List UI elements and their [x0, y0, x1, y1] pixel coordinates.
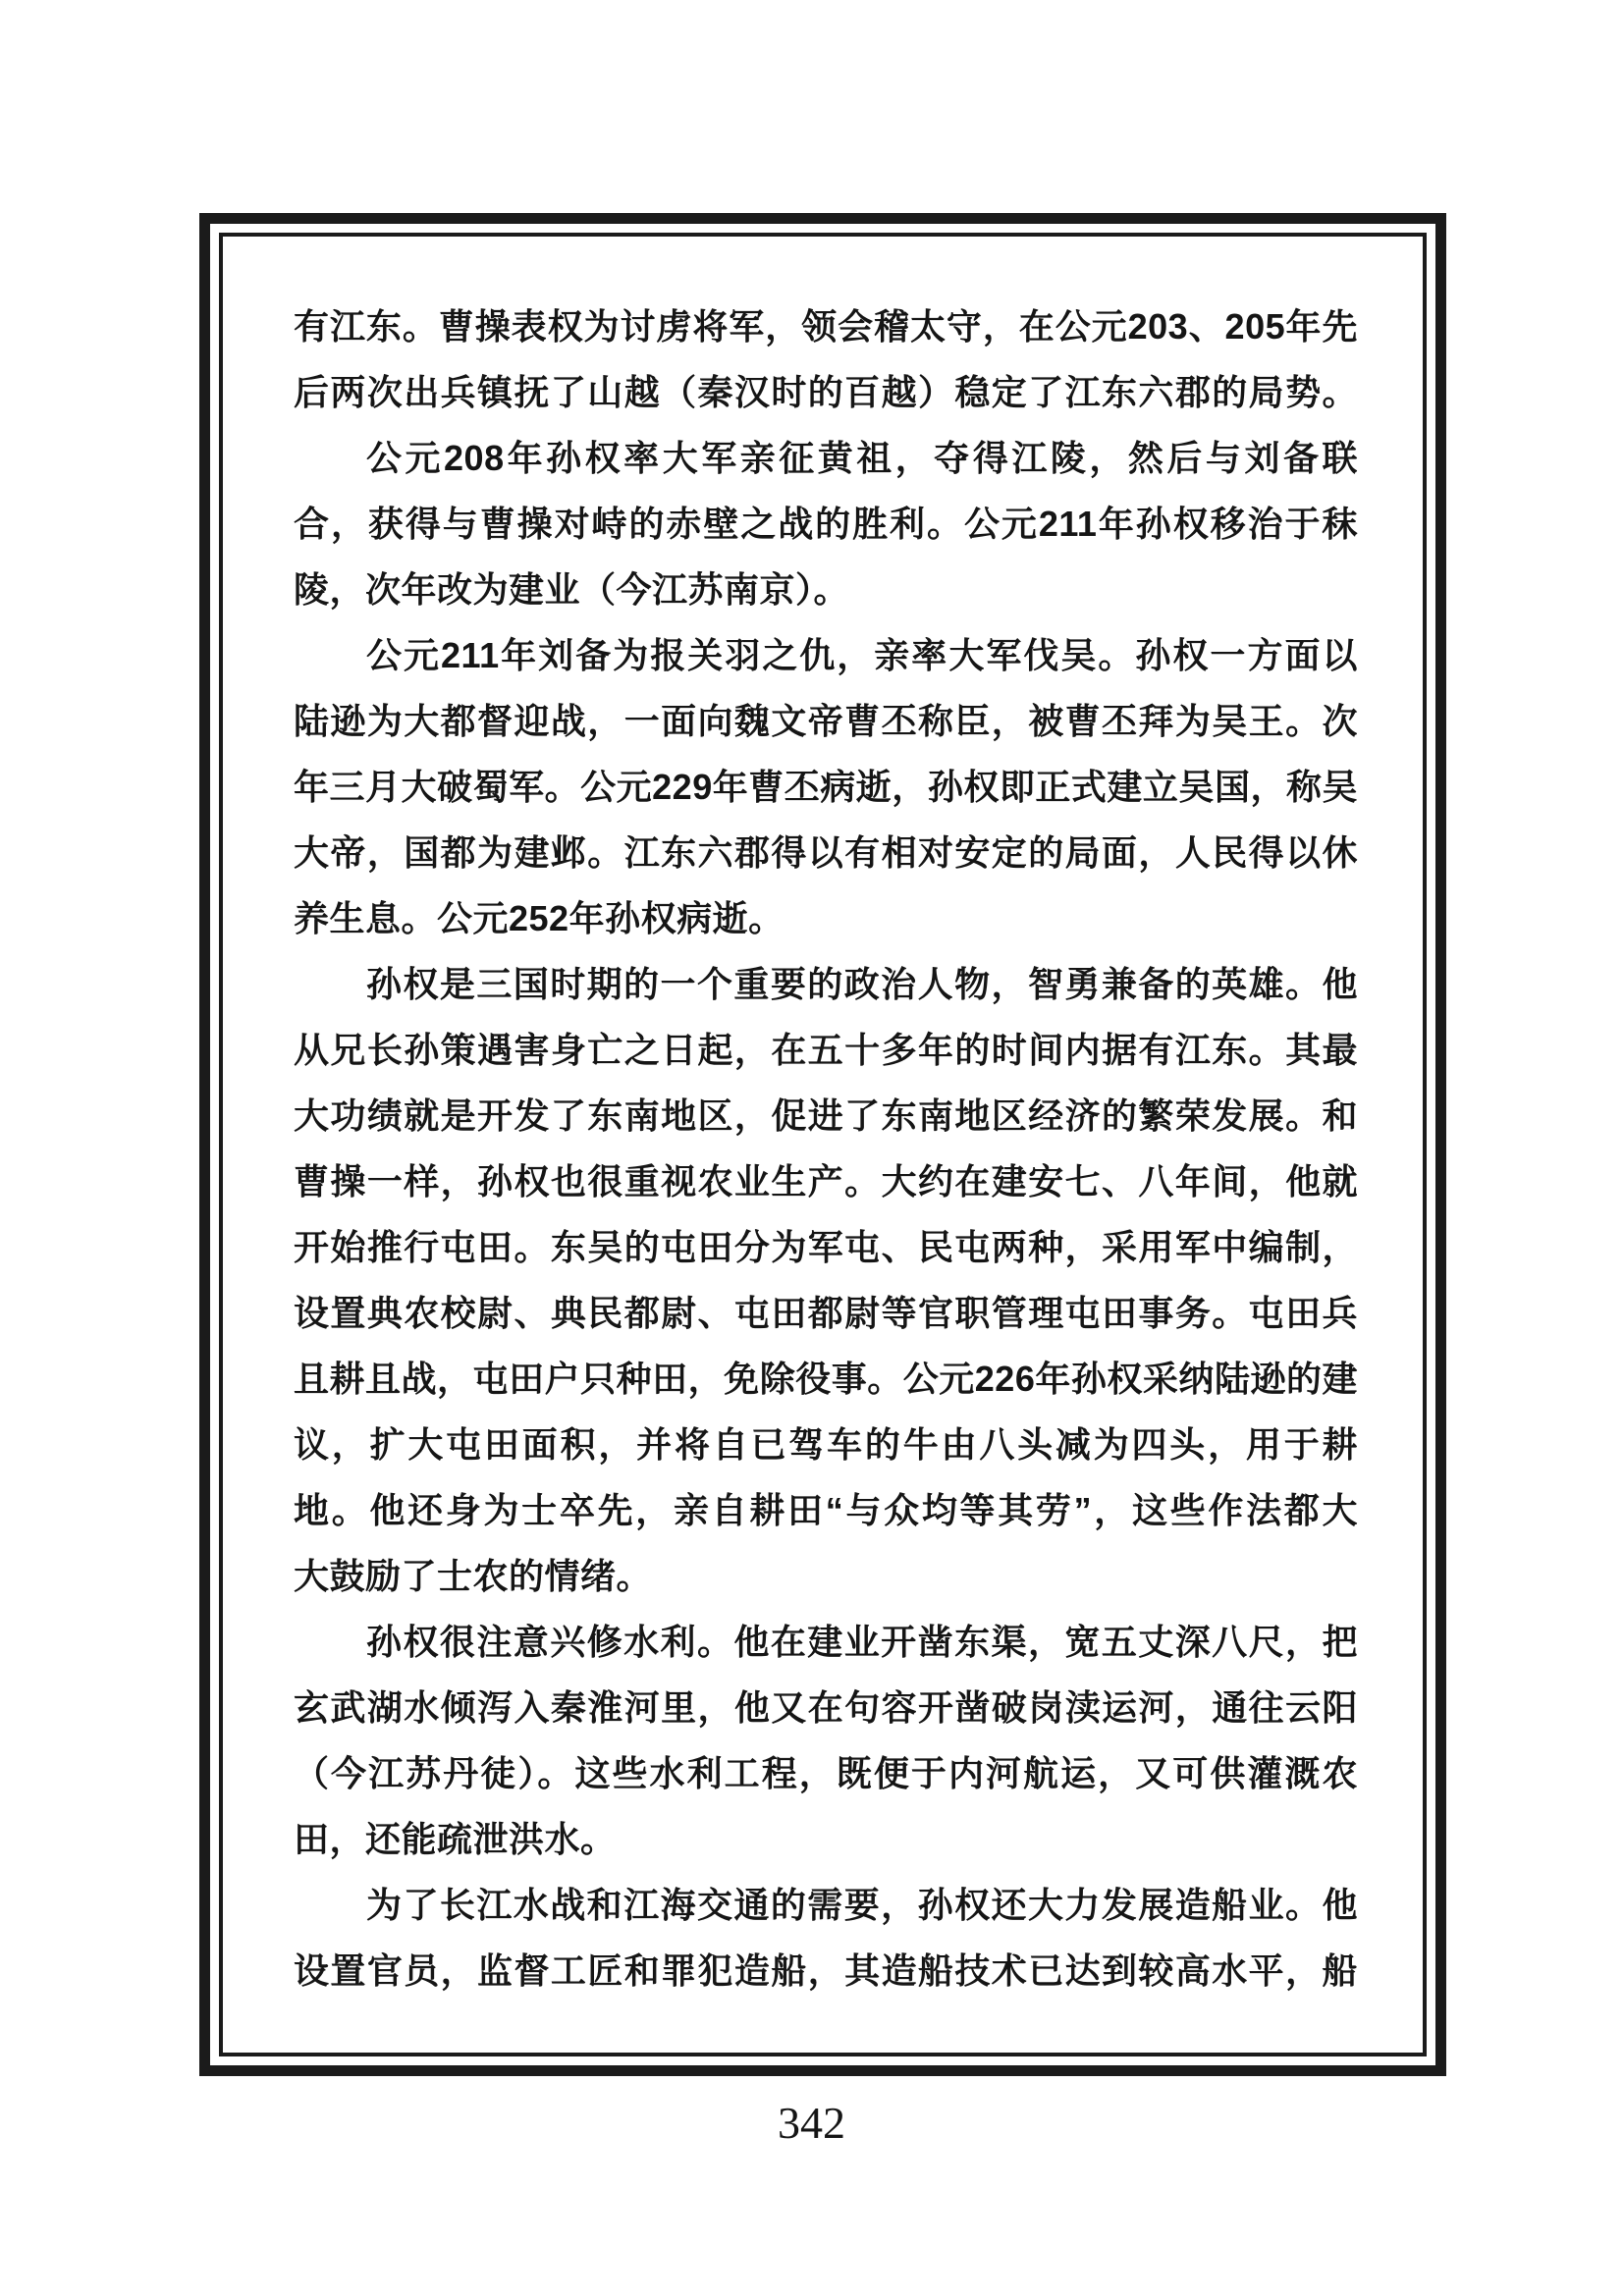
text-line: 田，还能疏泄洪水。 [294, 1806, 1358, 1872]
text-line: 公元208年孙权率大军亲征黄祖，夺得江陵，然后与刘备联 [294, 425, 1358, 491]
text-line: 曹操一样，孙权也很重视农业生产。大约在建安七、八年间，他就 [294, 1148, 1358, 1214]
text-line: 且耕且战，屯田户只种田，免除役事。公元226年孙权采纳陆逊的建 [294, 1346, 1358, 1412]
text-line: 玄武湖水倾泻入秦淮河里，他又在句容开凿破岗渎运河，通往云阳 [294, 1675, 1358, 1740]
text-line: 孙权是三国时期的一个重要的政治人物，智勇兼备的英雄。他 [294, 951, 1358, 1017]
text-line: 从兄长孙策遇害身亡之日起，在五十多年的时间内据有江东。其最 [294, 1017, 1358, 1083]
book-page: 有江东。曹操表权为讨虏将军，领会稽太守，在公元203、205年先后两次出兵镇抚了… [0, 0, 1623, 2296]
text-line: 陵，次年改为建业（今江苏南京）。 [294, 557, 1358, 622]
outer-frame: 有江东。曹操表权为讨虏将军，领会稽太守，在公元203、205年先后两次出兵镇抚了… [199, 213, 1446, 2076]
text-line: 大功绩就是开发了东南地区，促进了东南地区经济的繁荣发展。和 [294, 1083, 1358, 1148]
paragraph: 孙权是三国时期的一个重要的政治人物，智勇兼备的英雄。他从兄长孙策遇害身亡之日起，… [294, 951, 1358, 1609]
paragraph: 公元208年孙权率大军亲征黄祖，夺得江陵，然后与刘备联合，获得与曹操对峙的赤壁之… [294, 425, 1358, 622]
paragraph: 孙权很注意兴修水利。他在建业开凿东渠，宽五丈深八尺，把玄武湖水倾泻入秦淮河里，他… [294, 1609, 1358, 1872]
inner-frame: 有江东。曹操表权为讨虏将军，领会稽太守，在公元203、205年先后两次出兵镇抚了… [219, 233, 1427, 2056]
paragraph: 有江东。曹操表权为讨虏将军，领会稽太守，在公元203、205年先后两次出兵镇抚了… [294, 294, 1358, 425]
text-line: 开始推行屯田。东吴的屯田分为军屯、民屯两种，采用军中编制， [294, 1214, 1358, 1280]
text-line: 养生息。公元252年孙权病逝。 [294, 885, 1358, 951]
page-number: 342 [0, 2097, 1623, 2149]
paragraph: 公元211年刘备为报关羽之仇，亲率大军伐吴。孙权一方面以陆逊为大都督迎战，一面向… [294, 622, 1358, 951]
text-line: 为了长江水战和江海交通的需要，孙权还大力发展造船业。他 [294, 1872, 1358, 1938]
text-line: 年三月大破蜀军。公元229年曹丕病逝，孙权即正式建立吴国，称吴 [294, 754, 1358, 820]
paragraph: 为了长江水战和江海交通的需要，孙权还大力发展造船业。他设置官员，监督工匠和罪犯造… [294, 1872, 1358, 2003]
text-line: 有江东。曹操表权为讨虏将军，领会稽太守，在公元203、205年先 [294, 294, 1358, 359]
text-line: 设置典农校尉、典民都尉、屯田都尉等官职管理屯田事务。屯田兵 [294, 1280, 1358, 1346]
body-text: 有江东。曹操表权为讨虏将军，领会稽太守，在公元203、205年先后两次出兵镇抚了… [223, 237, 1423, 2053]
text-line: 地。他还身为士卒先，亲自耕田“与众均等其劳”，这些作法都大 [294, 1477, 1358, 1543]
text-line: 合，获得与曹操对峙的赤壁之战的胜利。公元211年孙权移治于秣 [294, 491, 1358, 557]
text-line: 大帝，国都为建邺。江东六郡得以有相对安定的局面，人民得以休 [294, 820, 1358, 885]
text-line: 公元211年刘备为报关羽之仇，亲率大军伐吴。孙权一方面以 [294, 622, 1358, 688]
text-line: 陆逊为大都督迎战，一面向魏文帝曹丕称臣，被曹丕拜为吴王。次 [294, 688, 1358, 754]
text-line: （今江苏丹徒）。这些水利工程，既便于内河航运，又可供灌溉农 [294, 1740, 1358, 1806]
text-line: 后两次出兵镇抚了山越（秦汉时的百越）稳定了江东六郡的局势。 [294, 359, 1358, 425]
text-line: 孙权很注意兴修水利。他在建业开凿东渠，宽五丈深八尺，把 [294, 1609, 1358, 1675]
text-line: 大鼓励了士农的情绪。 [294, 1543, 1358, 1609]
text-line: 议，扩大屯田面积，并将自已驾车的牛由八头减为四头，用于耕 [294, 1412, 1358, 1477]
text-line: 设置官员，监督工匠和罪犯造船，其造船技术已达到较高水平，船 [294, 1938, 1358, 2003]
